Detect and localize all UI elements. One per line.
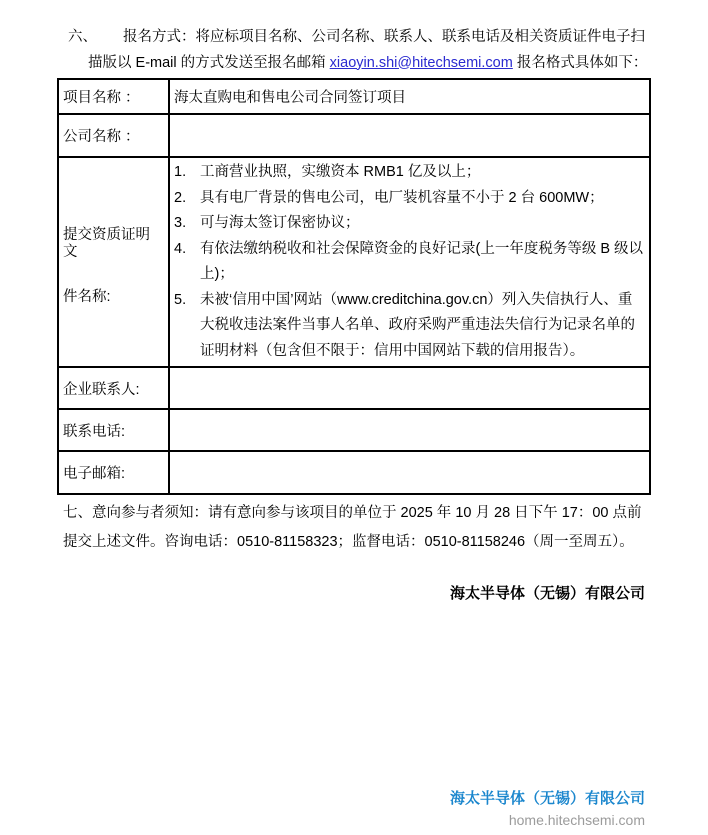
item-number-5: 5. — [174, 288, 186, 314]
item-text-5: 未被‘信用中国’网站（www.creditchina.gov.cn）列入失信执行… — [200, 292, 635, 359]
item-text-3: 可与海太签订保密协议； — [200, 215, 360, 231]
contact-phone-label: 联系电话: — [58, 409, 169, 451]
qualification-item-5: 5.未被‘信用中国’网站（www.creditchina.gov.cn）列入失信… — [174, 288, 645, 365]
item-text-1: 工商营业执照，实缴资本 RMB1 亿及以上； — [200, 164, 480, 180]
contact-person-label: 企业联系人: — [58, 367, 169, 409]
qualification-list: 1.工商营业执照，实缴资本 RMB1 亿及以上； 2.具有电厂背景的售电公司，电… — [174, 160, 645, 364]
document-page: 六、报名方式：将应标项目名称、公司名称、联系人、联系电话及相关资质证件电子扫描版… — [0, 0, 708, 835]
table-row-company-name: 公司名称 ： — [58, 114, 650, 157]
registration-method-paragraph: 六、报名方式：将应标项目名称、公司名称、联系人、联系电话及相关资质证件电子扫描版… — [88, 24, 654, 76]
qualification-item-1: 1.工商营业执照，实缴资本 RMB1 亿及以上； — [174, 160, 645, 186]
table-row-project-name: 项目名称 ： 海太直购电和售电公司合同签订项目 — [58, 79, 650, 114]
registration-format-text: 报名格式具体如下： — [513, 55, 648, 71]
qualification-item-4: 4.有依法缴纳税收和社会保障资金的良好记录(上一年度税务等级 B 级以上)； — [174, 237, 645, 288]
registration-form-table: 项目名称 ： 海太直购电和售电公司合同签订项目 公司名称 ： 提交资质证明文 件… — [57, 78, 651, 495]
project-name-label: 项目名称 ： — [58, 79, 169, 114]
table-row-contact-phone: 联系电话: — [58, 409, 650, 451]
project-name-value: 海太直购电和售电公司合同签订项目 — [169, 79, 650, 114]
table-row-email: 电子邮箱: — [58, 451, 650, 494]
footer-website-url: home.hitechsemi.com — [450, 809, 645, 832]
item-text-4: 有依法缴纳税收和社会保障资金的良好记录(上一年度税务等级 B 级以上)； — [200, 241, 643, 283]
section-number-six: 六、 — [68, 29, 97, 45]
table-row-contact-person: 企业联系人: — [58, 367, 650, 409]
email-label: 电子邮箱: — [58, 451, 169, 494]
qualification-documents-list-cell: 1.工商营业执照，实缴资本 RMB1 亿及以上； 2.具有电厂背景的售电公司，电… — [169, 157, 650, 367]
item-number-4: 4. — [174, 237, 186, 263]
page-footer: 海太半导体（无锡）有限公司 home.hitechsemi.com — [450, 789, 645, 832]
company-signature: 海太半导体（无锡）有限公司 — [57, 582, 645, 603]
table-row-qualification-documents: 提交资质证明文 件名称: 1.工商营业执照，实缴资本 RMB1 亿及以上； 2.… — [58, 157, 650, 367]
qualification-label-line1: 提交资质证明文 — [63, 227, 164, 261]
company-name-label: 公司名称 ： — [58, 114, 169, 157]
item-number-3: 3. — [174, 211, 186, 237]
qualification-label-line2: 件名称: — [63, 289, 164, 306]
participant-notice-paragraph: 七、意向参与者须知：请有意向参与该项目的单位于 2025 年 10 月 28 日… — [63, 499, 649, 557]
registration-email-link[interactable]: xiaoyin.shi@hitechsemi.com — [330, 55, 513, 71]
footer-company-name: 海太半导体（无锡）有限公司 — [450, 789, 645, 809]
qualification-item-3: 3.可与海太签订保密协议； — [174, 211, 645, 237]
qualification-documents-label: 提交资质证明文 件名称: — [58, 157, 169, 367]
company-name-value — [169, 114, 650, 157]
contact-phone-value — [169, 409, 650, 451]
contact-person-value — [169, 367, 650, 409]
qualification-item-2: 2.具有电厂背景的售电公司，电厂装机容量不小于 2 台 600MW； — [174, 186, 645, 212]
item-number-2: 2. — [174, 186, 186, 212]
item-text-2: 具有电厂背景的售电公司，电厂装机容量不小于 2 台 600MW； — [200, 190, 604, 206]
email-value — [169, 451, 650, 494]
item-number-1: 1. — [174, 160, 186, 186]
